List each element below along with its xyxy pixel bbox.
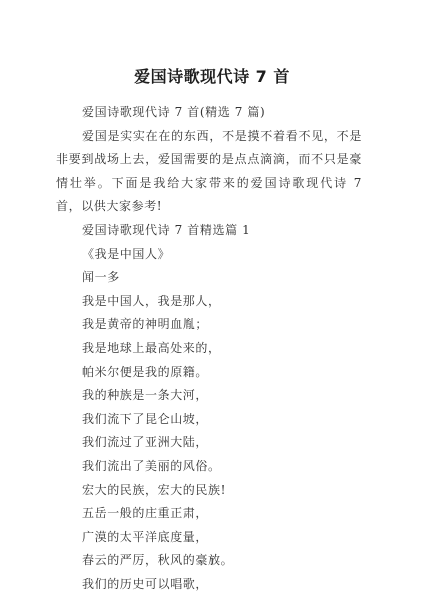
poem-title: 《我是中国人》	[56, 243, 362, 267]
document-page: 爱国诗歌现代诗 7 首 爱国诗歌现代诗 7 首(精选 7 篇) 爱国是实实在在的…	[0, 0, 424, 600]
intro-paragraph: 爱国是实实在在的东西，不是摸不着看不见，不是非要到战场上去，爱国需要的是点点滴滴…	[56, 125, 362, 219]
poem-line: 我们流下了昆仑山坡，	[56, 408, 362, 432]
poem-line: 我们流出了美丽的风俗。	[56, 455, 362, 479]
poem-line: 帕米尔便是我的原籍。	[56, 361, 362, 385]
document-body: 爱国诗歌现代诗 7 首(精选 7 篇) 爱国是实实在在的东西，不是摸不着看不见，…	[56, 101, 362, 596]
poem-author: 闻一多	[56, 266, 362, 290]
poem-line: 宏大的民族，宏大的民族!	[56, 479, 362, 503]
poem-line: 我是地球上最高处来的，	[56, 337, 362, 361]
section-heading: 爱国诗歌现代诗 7 首精选篇 1	[56, 219, 362, 243]
poem-line: 五岳一般的庄重正肃，	[56, 502, 362, 526]
poem-line: 我是黄帝的神明血胤；	[56, 313, 362, 337]
page-number: - 1 -	[0, 556, 424, 568]
poem-line: 我们流过了亚洲大陆，	[56, 431, 362, 455]
poem-line: 我的种族是一条大河，	[56, 384, 362, 408]
poem-line: 广漠的太平洋底度量，	[56, 526, 362, 550]
document-title: 爱国诗歌现代诗 7 首	[0, 64, 424, 90]
poem-line: 我是中国人，我是那人，	[56, 290, 362, 314]
poem-line: 我们的历史可以唱歌，	[56, 573, 362, 597]
subtitle-line: 爱国诗歌现代诗 7 首(精选 7 篇)	[56, 101, 362, 125]
